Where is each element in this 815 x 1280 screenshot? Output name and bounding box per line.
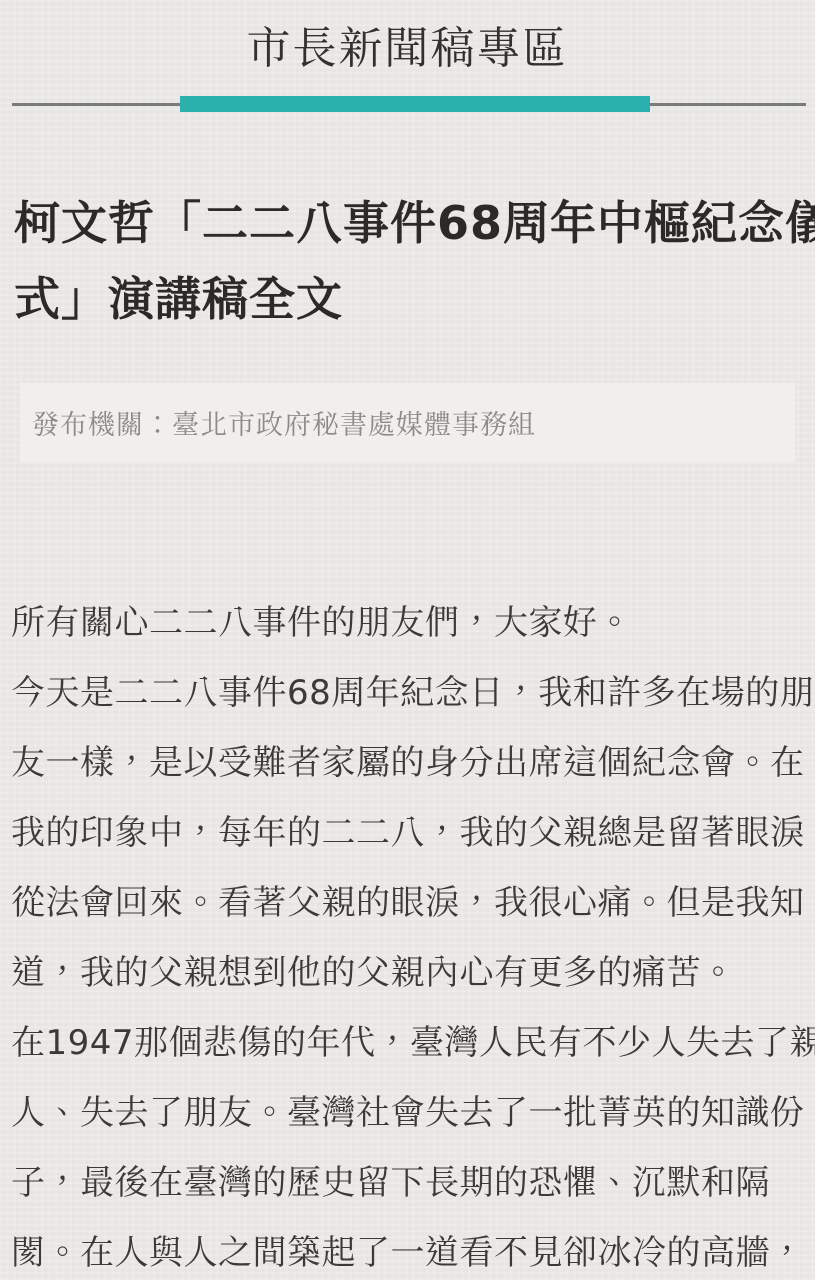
body-line: 人、失去了朋友。臺灣社會失去了一批菁英的知識份 (11, 1078, 806, 1148)
article-title-line-2: 式」演講稿全文 (14, 261, 804, 337)
article-title: 柯文哲「二二八事件68周年中樞紀念儀 式」演講稿全文 (14, 185, 804, 337)
article-title-line-1: 柯文哲「二二八事件68周年中樞紀念儀 (14, 185, 804, 261)
publisher-label: 發布機關：臺北市政府秘書處媒體事務組 (20, 403, 536, 442)
body-line: 閡。在人與人之間築起了一道看不見卻冰冷的高牆， (11, 1218, 806, 1280)
article-body: 所有關心二二八事件的朋友們，大家好。 今天是二二八事件68周年紀念日，我和許多在… (11, 588, 806, 1280)
page-title: 市長新聞稿專區 (0, 12, 815, 76)
press-release-page: 市長新聞稿專區 柯文哲「二二八事件68周年中樞紀念儀 式」演講稿全文 發布機關：… (0, 0, 815, 1280)
body-line: 從法會回來。看著父親的眼淚，我很心痛。但是我知 (11, 868, 806, 938)
publisher-box: 發布機關：臺北市政府秘書處媒體事務組 (20, 383, 795, 462)
body-line: 子，最後在臺灣的歷史留下長期的恐懼、沉默和隔 (11, 1148, 806, 1218)
body-line: 道，我的父親想到他的父親內心有更多的痛苦。 (11, 938, 806, 1008)
body-line: 在1947那個悲傷的年代，臺灣人民有不少人失去了親 (11, 1008, 806, 1078)
header-divider-accent-bar (180, 96, 650, 112)
body-line: 所有關心二二八事件的朋友們，大家好。 (11, 588, 806, 658)
body-line: 我的印象中，每年的二二八，我的父親總是留著眼淚 (11, 798, 806, 868)
body-line: 今天是二二八事件68周年紀念日，我和許多在場的朋 (11, 658, 806, 728)
body-line: 友一樣，是以受難者家屬的身分出席這個紀念會。在 (11, 728, 806, 798)
